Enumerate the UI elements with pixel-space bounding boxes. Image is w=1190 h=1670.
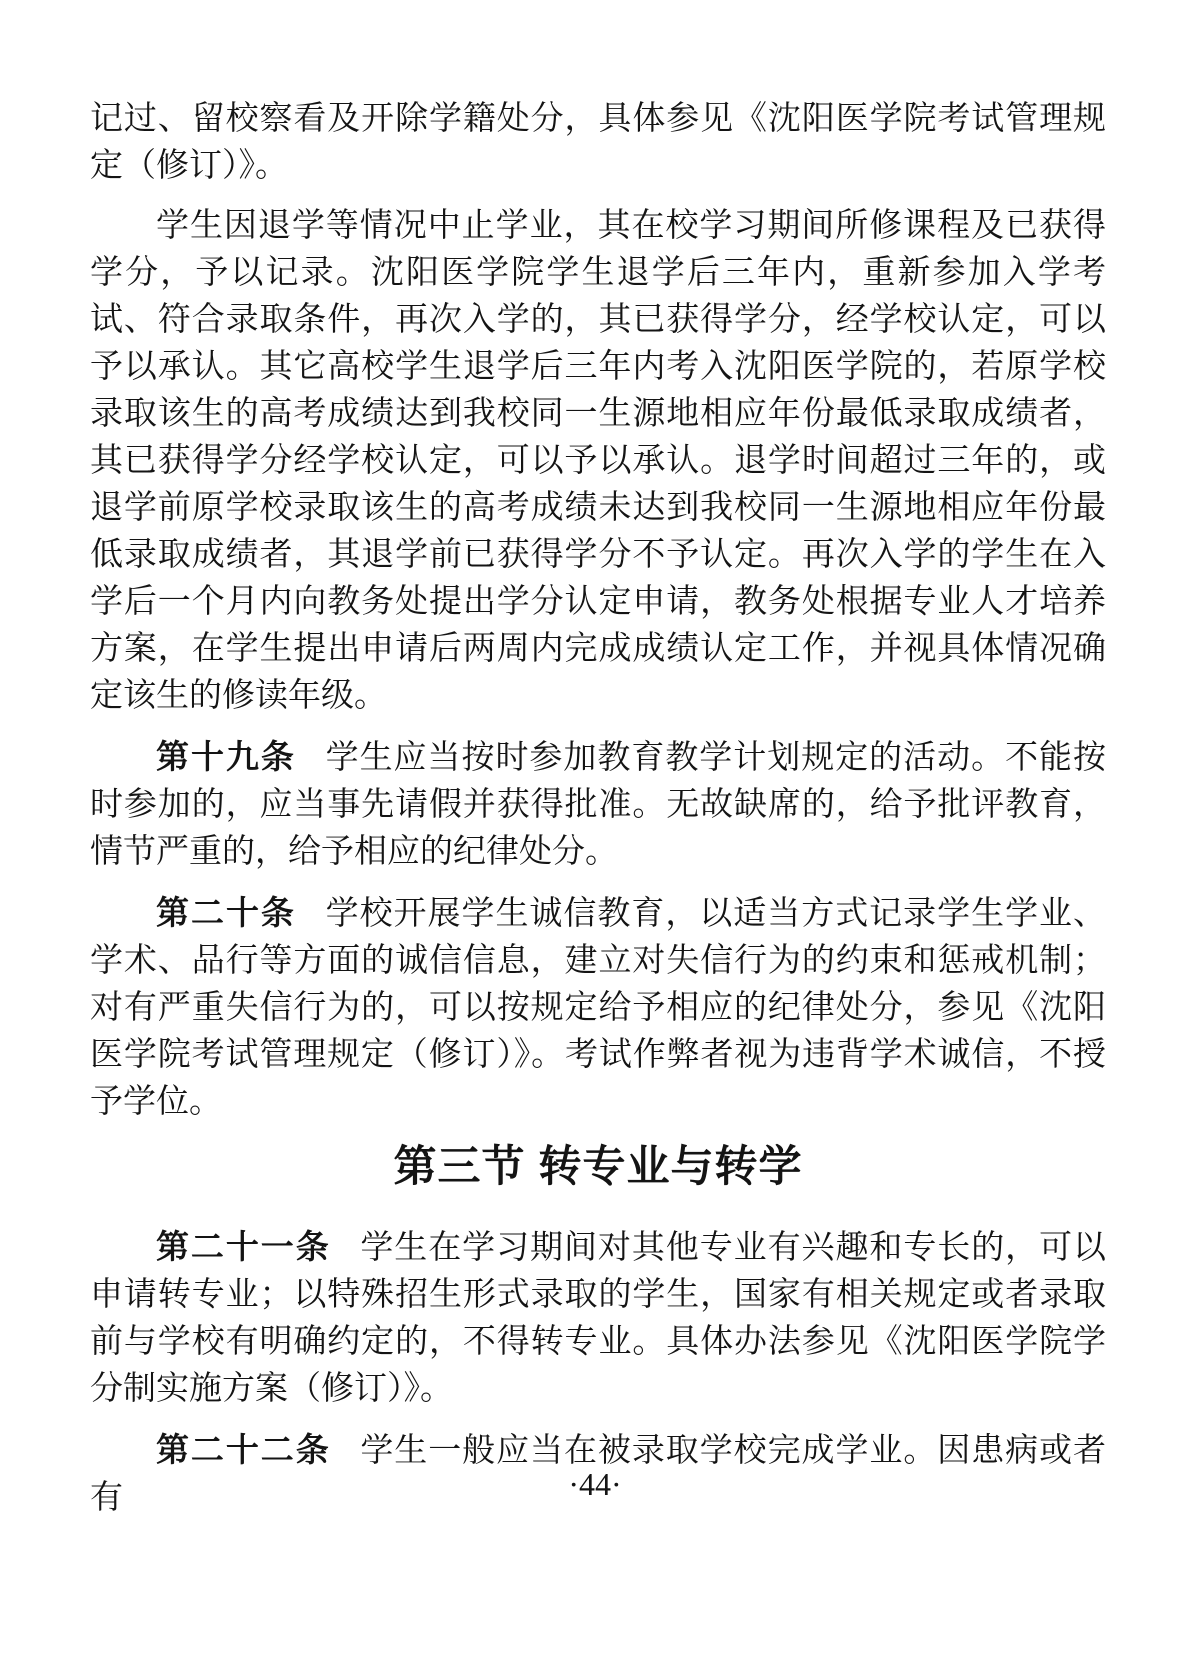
section-heading: 第三节 转专业与转学: [90, 1139, 1106, 1195]
document-body: 记过、留校察看及开除学籍处分，具体参见《沈阳医学院考试管理规定（修订）》。 学生…: [90, 96, 1106, 1535]
article-22-number: 第二十二条: [156, 1431, 331, 1468]
article-19-number: 第十九条: [156, 738, 296, 775]
paragraph-article-19: 第十九条学生应当按时参加教育教学计划规定的活动。不能按时参加的，应当事先请假并获…: [90, 733, 1106, 876]
paragraph-text: 记过、留校察看及开除学籍处分，具体参见《沈阳医学院考试管理规定（修订）》。: [90, 101, 1106, 184]
paragraph-readmission-rules: 学生因退学等情况中止学业，其在校学习期间所修课程及已获得学分，予以记录。沈阳医学…: [90, 203, 1106, 720]
article-21-number: 第二十一条: [156, 1228, 331, 1265]
paragraph-discipline-reference: 记过、留校察看及开除学籍处分，具体参见《沈阳医学院考试管理规定（修订）》。: [90, 96, 1106, 190]
paragraph-article-20: 第二十条学校开展学生诚信教育，以适当方式记录学生学业、学术、品行等方面的诚信信息…: [90, 889, 1106, 1126]
paragraph-text: 学生因退学等情况中止学业，其在校学习期间所修课程及已获得学分，予以记录。沈阳医学…: [90, 208, 1106, 714]
document-page: 记过、留校察看及开除学籍处分，具体参见《沈阳医学院考试管理规定（修订）》。 学生…: [0, 0, 1190, 1670]
article-20-number: 第二十条: [156, 894, 296, 931]
paragraph-article-21: 第二十一条学生在学习期间对其他专业有兴趣和专长的，可以申请转专业；以特殊招生形式…: [90, 1223, 1106, 1413]
page-number: ·44·: [0, 1466, 1190, 1502]
